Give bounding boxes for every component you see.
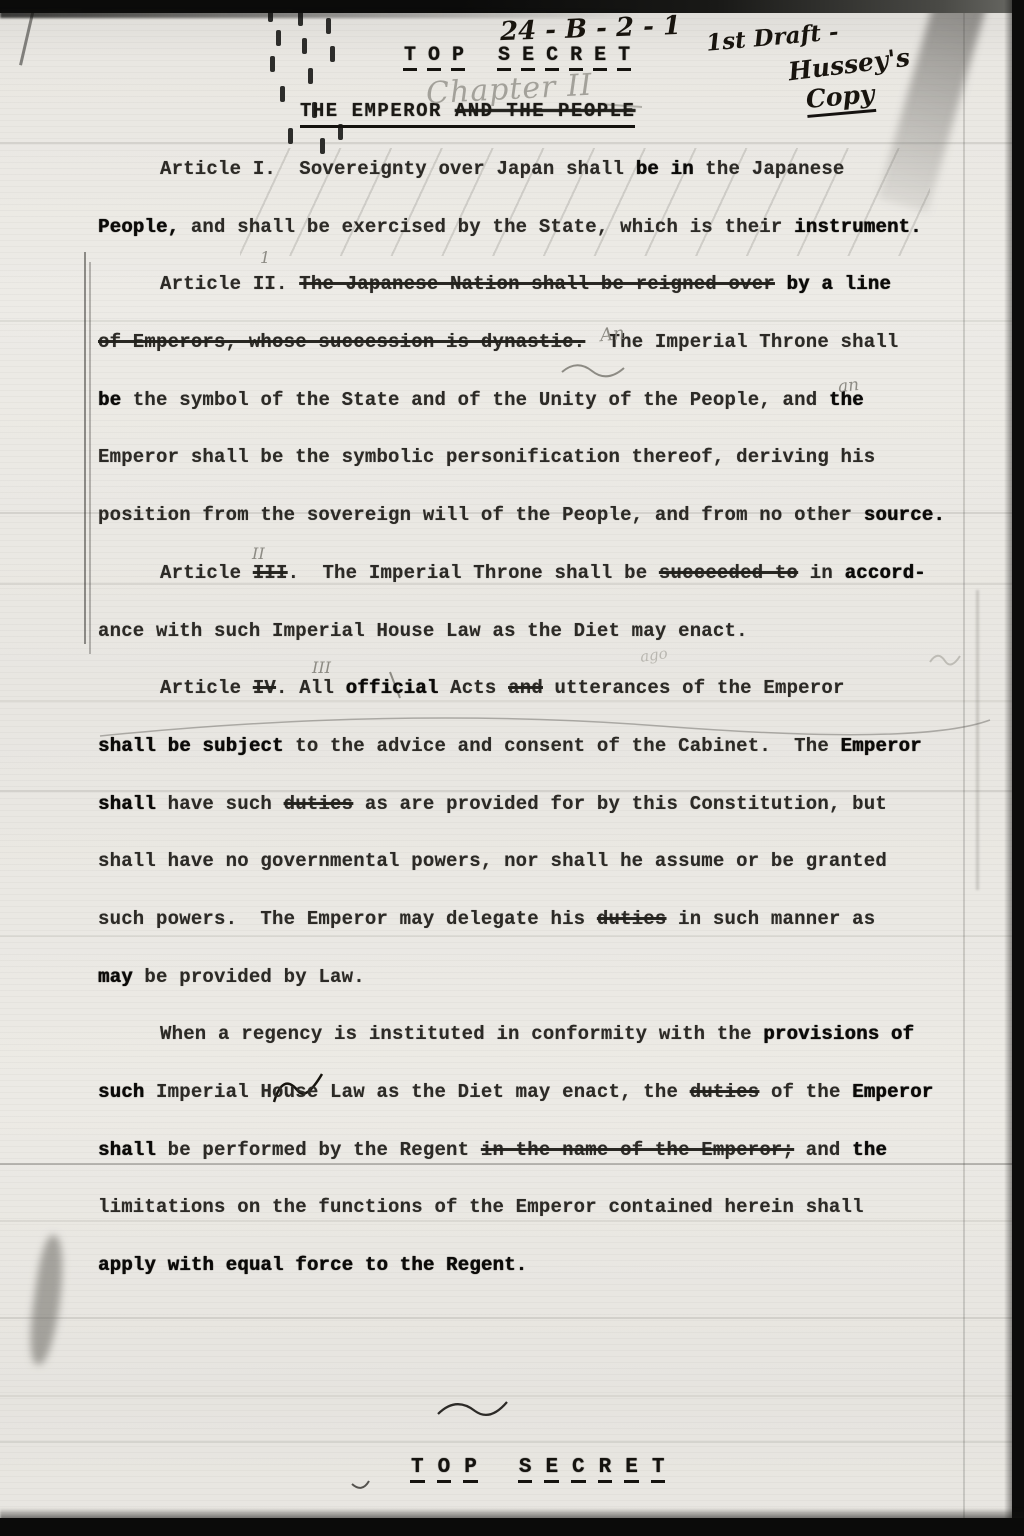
typed-text: utterances of the Emperor <box>543 677 845 699</box>
typed-line: Article III. The Imperial Throne shall b… <box>98 562 958 620</box>
struck-text: succeeded to <box>659 562 798 584</box>
typed-text: shall <box>98 793 156 815</box>
classification-letter: S <box>518 1456 533 1483</box>
typed-text: to the advice and consent of the Cabinet… <box>284 735 841 757</box>
page-title: THE EMPEROR AND THE PEOPLE <box>300 100 635 128</box>
scan-edge-bottom <box>0 1518 1024 1536</box>
typed-text: apply with equal force to the Regent. <box>98 1254 527 1276</box>
classification-letter: R <box>569 44 583 71</box>
title-text: THE EMPEROR <box>300 100 455 122</box>
title-struck-text: AND THE PEOPLE <box>455 100 636 122</box>
typed-text: accord- <box>845 562 926 584</box>
typed-line: Article I. Sovereignty over Japan shall … <box>98 158 958 216</box>
typed-text: be provided by Law. <box>133 966 365 988</box>
typed-line: shall be subject to the advice and conse… <box>98 735 958 793</box>
typed-text: such <box>98 1081 144 1103</box>
classification-letter: T <box>410 1456 425 1483</box>
classification-letter: T <box>403 44 417 71</box>
typed-line: of Emperors, whose succession is dynasti… <box>98 331 958 389</box>
typed-text: the Japanese <box>694 158 845 180</box>
scan-streak <box>0 1317 1024 1319</box>
typed-line: be the symbol of the State and of the Un… <box>98 389 958 447</box>
classification-letter: E <box>593 44 607 71</box>
scan-edge-right <box>1012 0 1024 1536</box>
classification-letter: R <box>598 1456 613 1483</box>
typed-line: shall have such duties as are provided f… <box>98 793 958 851</box>
typed-text: may <box>98 966 133 988</box>
classification-letter: S <box>497 44 511 71</box>
struck-text: in the name of the Emperor; <box>481 1139 794 1161</box>
typed-line: limitations on the functions of the Empe… <box>98 1196 958 1254</box>
typed-text: official <box>346 677 439 699</box>
scan-streak <box>0 1395 1024 1397</box>
small-pen-curl <box>352 1481 369 1488</box>
typed-text: source. <box>864 504 945 526</box>
left-scratch-line <box>84 252 86 644</box>
struck-text: and <box>508 677 543 699</box>
classification-letter: E <box>544 1456 559 1483</box>
typed-line: such Imperial House Law as the Diet may … <box>98 1081 958 1139</box>
ink-squiggle-bottom <box>438 1402 507 1415</box>
typed-text: Imperial House Law as the Diet may enact… <box>144 1081 689 1103</box>
typed-text: . The Imperial Throne shall be <box>288 562 659 584</box>
vertical-fold-line <box>963 0 965 1536</box>
typed-text: the <box>852 1139 887 1161</box>
struck-text: The Japanese Nation shall be reigned ove… <box>299 273 775 295</box>
typed-line: Article IV. All official Acts and uttera… <box>98 677 958 735</box>
struck-text: of Emperors, whose succession is dynasti… <box>98 331 585 353</box>
typed-text: Article <box>160 562 253 584</box>
typed-body: Article I. Sovereignty over Japan shall … <box>98 158 958 1312</box>
typed-text: of the <box>759 1081 852 1103</box>
copy-note: Copy <box>805 79 876 118</box>
classification-letter: C <box>545 44 559 71</box>
corner-blotch <box>25 1234 69 1366</box>
typed-text: provisions of <box>763 1023 914 1045</box>
classification-letter: E <box>521 44 535 71</box>
classification-letter: P <box>463 1456 478 1483</box>
typed-line: Emperor shall be the symbolic personific… <box>98 446 958 504</box>
typed-text: limitations on the functions of the Empe… <box>98 1196 864 1218</box>
classification-letter: C <box>571 1456 586 1483</box>
typed-line: When a regency is instituted in conformi… <box>98 1023 958 1081</box>
typed-line: apply with equal force to the Regent. <box>98 1254 958 1312</box>
typed-text: shall have no governmental powers, nor s… <box>98 850 887 872</box>
scanned-document-page: TOPSECRET THE EMPEROR AND THE PEOPLE Art… <box>0 0 1024 1536</box>
classification-letter: T <box>651 1456 666 1483</box>
typed-text: Emperor <box>852 1081 933 1103</box>
typed-text: the symbol of the State and of the Unity… <box>121 389 829 411</box>
typed-text: be <box>98 389 121 411</box>
typed-line: shall have no governmental powers, nor s… <box>98 850 958 908</box>
typed-text: the <box>829 389 864 411</box>
typed-line: such powers. The Emperor may delegate hi… <box>98 908 958 966</box>
typed-text: such powers. The Emperor may delegate hi… <box>98 908 597 930</box>
scan-edge-top-shadow <box>0 10 640 18</box>
typed-text: as are provided for by this Constitution… <box>353 793 887 815</box>
typed-line: Article II. The Japanese Nation shall be… <box>98 273 958 331</box>
typed-text: by a line <box>775 273 891 295</box>
typed-text: Emperor <box>841 735 922 757</box>
struck-text: duties <box>690 1081 760 1103</box>
typed-text: shall <box>98 1139 156 1161</box>
classification-letter: E <box>624 1456 639 1483</box>
typed-text: Article II. <box>160 273 299 295</box>
typed-text: and <box>794 1139 852 1161</box>
typed-text: Article <box>160 677 253 699</box>
struck-text: III <box>253 562 288 584</box>
typed-text: have such <box>156 793 284 815</box>
typed-text: . All <box>276 677 346 699</box>
struck-text: IV <box>253 677 276 699</box>
typed-text: in such manner as <box>667 908 876 930</box>
typed-text: be in <box>636 158 694 180</box>
struck-text: duties <box>284 793 354 815</box>
classification-letter: O <box>427 44 441 71</box>
classification-bottom: TOPSECRET <box>404 1456 671 1483</box>
scan-streak <box>0 1441 1024 1443</box>
typed-text: be performed by the Regent <box>156 1139 481 1161</box>
typed-line: may be provided by Law. <box>98 966 958 1024</box>
owner-note: Hussey's <box>787 43 912 87</box>
classification-letter: T <box>617 44 631 71</box>
classification-letter: P <box>451 44 465 71</box>
draft-note: 1st Draft - <box>705 18 839 56</box>
typed-text: instrument. <box>794 216 922 238</box>
typed-line: position from the sovereign will of the … <box>98 504 958 562</box>
typed-text: People, <box>98 216 179 238</box>
struck-text: duties <box>597 908 667 930</box>
vertical-wrinkle <box>976 590 979 890</box>
typed-text: Acts <box>439 677 509 699</box>
typed-line: shall be performed by the Regent in the … <box>98 1139 958 1197</box>
typed-text: and shall be exercised by the State, whi… <box>179 216 794 238</box>
typed-line: ance with such Imperial House Law as the… <box>98 620 958 678</box>
typed-text: shall be subject <box>98 735 284 757</box>
typed-line: People, and shall be exercised by the St… <box>98 216 958 274</box>
classification-letter: O <box>437 1456 452 1483</box>
typed-text: The Imperial Throne shall <box>585 331 898 353</box>
typed-text: Emperor shall be the symbolic personific… <box>98 446 875 468</box>
typed-text: ance with such Imperial House Law as the… <box>98 620 748 642</box>
typed-text: position from the sovereign will of the … <box>98 504 864 526</box>
classification-top: TOPSECRET <box>398 44 636 71</box>
scan-streak <box>0 142 1024 144</box>
typed-text: When a regency is instituted in conformi… <box>160 1023 763 1045</box>
typed-text: in <box>798 562 844 584</box>
typed-text: Article I. Sovereignty over Japan shall <box>160 158 636 180</box>
